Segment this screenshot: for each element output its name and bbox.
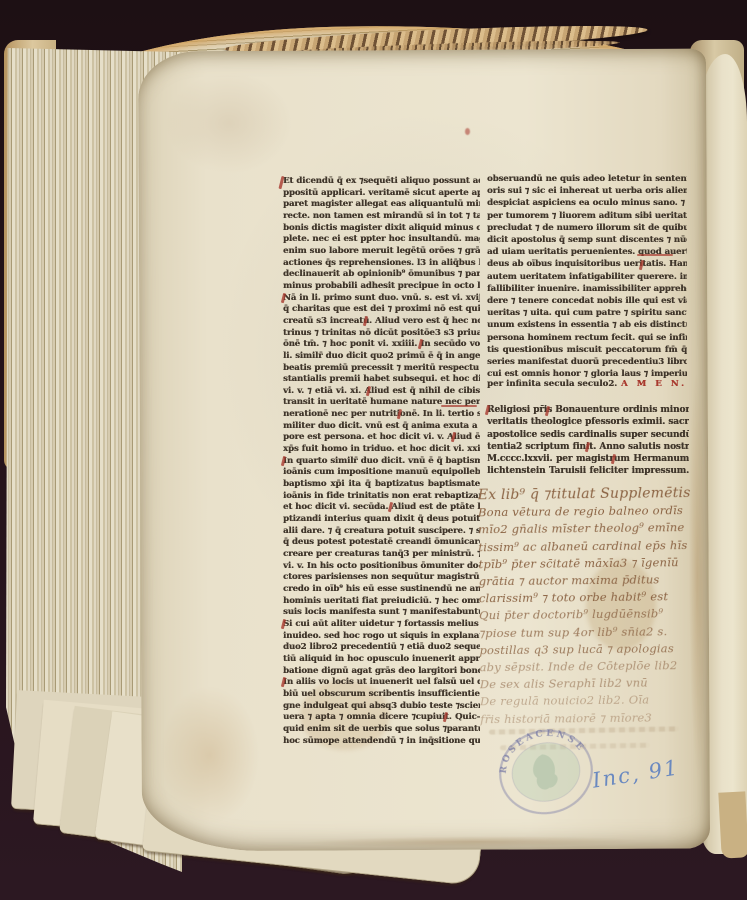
colophon-line: Religiosi pr̄is Bonauenture ordinis mino… <box>487 404 689 416</box>
printed-line: q̄ charitas que est dei ⁊ proximi nō est… <box>283 304 480 316</box>
red-ink-speck <box>465 128 470 135</box>
printed-line: gne indulgeat qui absq3 dubio teste ⁊sci… <box>283 701 480 713</box>
printed-line: creatū s3 increatū. Aliud vero est q̄ he… <box>283 316 480 328</box>
colophon: Religiosi pr̄is Bonauenture ordinis mino… <box>487 404 689 478</box>
printed-line: obseruandū ne quis adeo letetur in sente… <box>487 173 687 185</box>
printed-line: stantialis premii habet subsequi. et hoc… <box>283 374 480 386</box>
printed-line: ppositū applicari. veritamē sicut aperte… <box>283 188 480 200</box>
printed-line: vi. v. ⁊ etiā vi. xi. Aliud est q̄ nihil… <box>283 386 480 398</box>
printed-line: autem ueritatem infatigabiliter querere.… <box>487 271 687 283</box>
printed-line: plete. nec ei est ppter hoc insultandū. … <box>283 234 480 246</box>
printed-line: despiciat aspiciens ea oculo minus sano.… <box>487 197 687 209</box>
printed-line: tis questionibus miscuit peccatorum fm̄ … <box>487 344 687 356</box>
printed-line: minus probabili adhesit precipue in octo… <box>283 281 480 293</box>
printed-line: li. similr̄ duo dicit quo2 primū ē q̄ in… <box>283 351 480 363</box>
printed-line: credo in oīb⁹ his eū esse sustinendū ne … <box>283 584 480 596</box>
printed-right-column: obseruandū ne quis adeo letetur in sente… <box>487 173 687 380</box>
printed-line: hominis ueritati fiat preiudiciū. ⁊ hec … <box>283 596 480 608</box>
printed-line: militer duo dicit. vnū est q̄ anima exut… <box>283 421 480 433</box>
parchment-cover-bottom-right <box>718 791 747 858</box>
colophon-line: apostolice sedis cardinalis super secund… <box>487 429 689 441</box>
printed-line: hoc sūmope attendendū ⁊ in inq̄sitione q… <box>283 736 480 748</box>
photograph-of-open-incunabulum: Et dicendū q̄ ex ⁊sequēti aliquo possunt… <box>0 0 747 900</box>
printed-line: ctores parisienses non sequūtur magistrū… <box>283 572 480 584</box>
printed-line: uera ⁊ apta ⁊ omnia dicere ⁊cupiuit. Qui… <box>283 712 480 724</box>
printed-line: declinauerit ab opinionib⁹ ōmunibus ⁊ pa… <box>283 269 480 281</box>
printed-line: alii dare. ⁊ q̄ creatura potuit susciper… <box>283 526 480 538</box>
colophon-line: lichtenstein Taruisii feliciter impressu… <box>487 465 689 477</box>
printed-line: paret magister allegat eas aliquantulū m… <box>283 199 480 211</box>
printed-line: ōnē tm̄. ⁊ hoc ponit vi. xxiiii. In secū… <box>283 339 480 351</box>
red-underline <box>441 405 477 407</box>
printed-line: ioānis in fide trinitatis non erat rebap… <box>283 491 480 503</box>
printed-line: ioānis cum impositione manuū equipolleba… <box>283 467 480 479</box>
printed-line: quid enim sit de uerbis que solus ⁊paran… <box>283 724 480 736</box>
printed-line: ueritas ⁊ uita. qui cum patre ⁊ spiritu … <box>487 307 687 319</box>
printed-line: unum existens in essentia ⁊ ab eis disti… <box>487 319 687 331</box>
printed-left-column: Et dicendū q̄ ex ⁊sequēti aliquo possunt… <box>283 176 480 747</box>
printed-line: dere ⁊ tenere concedat nobis ille qui es… <box>487 295 687 307</box>
printed-line: series manifestat duorū precedentiu3 lib… <box>487 356 687 368</box>
printed-line: In quarto similr̄ duo dicit. vnū ē q̄ ba… <box>283 456 480 468</box>
printed-line: inuideo. sed hoc rogo ut siquis in expla… <box>283 631 480 643</box>
printed-line: Si cui aūt aliter uidetur ⁊ fortassis me… <box>283 619 480 631</box>
printed-line: precludat ⁊ de numero illorum sit de qui… <box>487 222 687 234</box>
printed-line: xp̄s fuit homo in triduo. et hoc dicit v… <box>283 444 480 456</box>
printed-line: actiones q̄s reprehensiones. l3 in aliq̄… <box>283 258 480 270</box>
printed-line: trinus ⁊ trinitas nō dicūt positōe3 s3 p… <box>283 328 480 340</box>
printed-line: persona hominem rectum fecit. qui se inf… <box>487 332 687 344</box>
printed-line: duo2 libro2 precedentiū ⁊ etiā duo2 sequ… <box>283 642 480 654</box>
printed-line: Nā in li. primo sunt duo. vnū. s. est vi… <box>283 293 480 305</box>
printed-line: In aliis vo locis ut inuenerit uel falsū… <box>283 677 480 689</box>
printed-line: ptizandi interius quam dixit q̄ deus pot… <box>283 514 480 526</box>
printed-line: biū uel obscurum scribentis insufficient… <box>283 689 480 701</box>
printed-line: suis locis manifesta sunt ⁊ manifestabun… <box>283 607 480 619</box>
printed-line: tiū aliquid in hoc opusculo inuenerit ap… <box>283 654 480 666</box>
printed-line: oris sui ⁊ sic ei inhereat ut uerba oris… <box>487 185 687 197</box>
manuscript-annotation: Ex lib⁹ q̄ ⁊titulat̄ SupplemētisBona vēt… <box>478 485 719 728</box>
red-underline <box>637 254 673 256</box>
printed-line: nerationē nec per nutritionē. In li. ter… <box>283 409 480 421</box>
printed-line: ad uiam ueritatis peruenientes. quod aue… <box>487 246 687 258</box>
printed-line: creare per creaturas tanq̄3 per ministrū… <box>283 549 480 561</box>
printed-line: fallibiliter inuenire. inamissibiliter a… <box>487 283 687 295</box>
printed-line: enim suo labore meruit legētū orōes ⁊ gr… <box>283 246 480 258</box>
printed-line: beatis premiū precessit ⁊ meritū respect… <box>283 363 480 375</box>
printed-line: Et dicendū q̄ ex ⁊sequēti aliquo possunt… <box>283 176 480 188</box>
printed-line: q̄ deus potest potestatē creandi ōmunica… <box>283 537 480 549</box>
amen-rubric: A M E N. <box>621 379 687 389</box>
colophon-line: veritatis theologice pfessoris eximii. s… <box>487 416 689 428</box>
printed-line: per tumorem ⁊ liuorem aditum sibi uerita… <box>487 210 687 222</box>
printed-line: et hoc dicit vi. secūda. Aliud est de pt… <box>283 502 480 514</box>
printed-line: baptismo xp̄i ita q̄ baptizatus baptisma… <box>283 479 480 491</box>
printed-line: vi. v. In his octo positionibus ōmuniter… <box>283 561 480 573</box>
printed-line: bonis dictis magister dixit aliquid minu… <box>283 223 480 235</box>
closing-text: per infinita secula seculo2. <box>487 379 617 389</box>
printed-line: recte. non tamen est mirandū si in tot ⁊… <box>283 211 480 223</box>
closing-line-with-amen: per infinita secula seculo2. A M E N. <box>487 379 687 389</box>
printed-line: transit in ueritatē humane nature nec pe… <box>283 397 480 409</box>
colophon-line: M.cccc.lxxvii. per magistrum Hermanum <box>487 453 689 465</box>
printed-line: batione dignū agat grās deo largitori bo… <box>283 666 480 678</box>
printed-line: deus ab oībus inquisitoribus ueritatis. … <box>487 258 687 270</box>
printed-line: dicit apostolus q̄ semp sunt discentes ⁊… <box>487 234 687 246</box>
manuscript-line: fr̄is historiā maiorē ⁊ mīore3 <box>480 708 718 728</box>
